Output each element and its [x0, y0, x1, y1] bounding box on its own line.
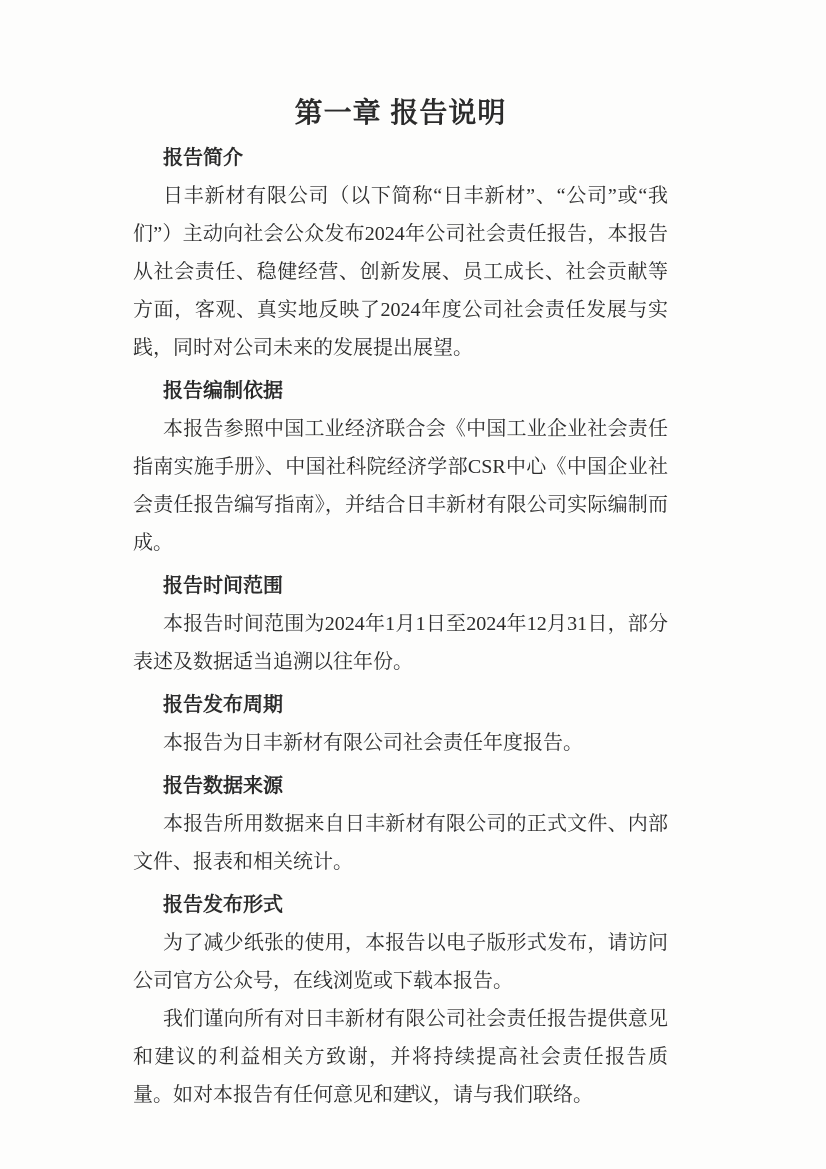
chapter-title: 第一章 报告说明: [133, 94, 668, 132]
paragraph: 本报告时间范围为2024年1月1日至2024年12月31日，部分表述及数据适当追…: [133, 605, 668, 681]
section-report-intro: 报告简介 日丰新材有限公司（以下简称“日丰新材”、“公司”或“我们”）主动向社会…: [133, 139, 668, 367]
section-data-source: 报告数据来源 本报告所用数据来自日丰新材有限公司的正式文件、内部文件、报表和相关…: [133, 767, 668, 881]
paragraph: 本报告参照中国工业经济联合会《中国工业企业社会责任指南实施手册》、中国社科院经济…: [133, 410, 668, 562]
section-time-range: 报告时间范围 本报告时间范围为2024年1月1日至2024年12月31日，部分表…: [133, 567, 668, 681]
section-heading-data-source: 报告数据来源: [133, 767, 668, 805]
paragraph: 本报告为日丰新材有限公司社会责任年度报告。: [133, 724, 668, 762]
page-number: 1: [0, 1079, 826, 1101]
paragraph: 日丰新材有限公司（以下简称“日丰新材”、“公司”或“我们”）主动向社会公众发布2…: [133, 177, 668, 367]
section-heading-time-range: 报告时间范围: [133, 567, 668, 605]
section-heading-compilation-basis: 报告编制依据: [133, 372, 668, 410]
section-compilation-basis: 报告编制依据 本报告参照中国工业经济联合会《中国工业企业社会责任指南实施手册》、…: [133, 372, 668, 562]
section-heading-report-intro: 报告简介: [133, 139, 668, 177]
paragraph: 为了减少纸张的使用，本报告以电子版形式发布，请访问公司官方公众号，在线浏览或下载…: [133, 924, 668, 1000]
page-content: 第一章 报告说明 报告简介 日丰新材有限公司（以下简称“日丰新材”、“公司”或“…: [133, 94, 668, 1114]
section-heading-release-cycle: 报告发布周期: [133, 686, 668, 724]
section-release-cycle: 报告发布周期 本报告为日丰新材有限公司社会责任年度报告。: [133, 686, 668, 762]
paragraph: 本报告所用数据来自日丰新材有限公司的正式文件、内部文件、报表和相关统计。: [133, 805, 668, 881]
document-page: 第一章 报告说明 报告简介 日丰新材有限公司（以下简称“日丰新材”、“公司”或“…: [0, 0, 826, 1169]
section-heading-release-format: 报告发布形式: [133, 886, 668, 924]
